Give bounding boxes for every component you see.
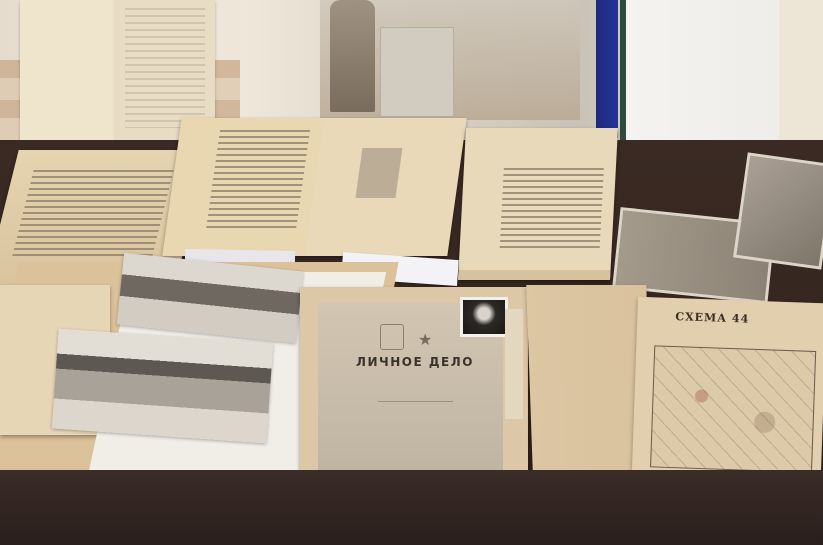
- historic-photo: [733, 152, 823, 269]
- historic-photo-ship: [52, 329, 273, 444]
- book-page: [779, 0, 823, 160]
- document-text: [125, 8, 205, 128]
- book-text: [500, 168, 604, 248]
- display-case-frame: [596, 0, 618, 138]
- handwritten-name: [378, 391, 453, 402]
- open-book-right: [458, 128, 618, 280]
- attached-note: [505, 309, 523, 419]
- soldier-poster: [330, 0, 375, 112]
- book-text: [206, 130, 310, 230]
- portrait-photo: [460, 297, 508, 337]
- open-book-center: [162, 118, 466, 256]
- portrait-face: [463, 300, 505, 334]
- emblem-icon: [380, 324, 404, 350]
- map-title: СХЕМА 44: [675, 310, 749, 326]
- table-front: [0, 470, 823, 545]
- document-text: [11, 170, 173, 260]
- book-illustration: [355, 148, 402, 198]
- personal-file-title: ЛИЧНОЕ ДЕЛО: [330, 355, 500, 369]
- star-icon: ★: [418, 330, 432, 350]
- wall-poster: [380, 27, 454, 117]
- hand-drawn-map: [650, 345, 816, 473]
- museum-exhibit-photo: ★ ЛИЧНОЕ ДЕЛО СХЕМА 44: [0, 0, 823, 545]
